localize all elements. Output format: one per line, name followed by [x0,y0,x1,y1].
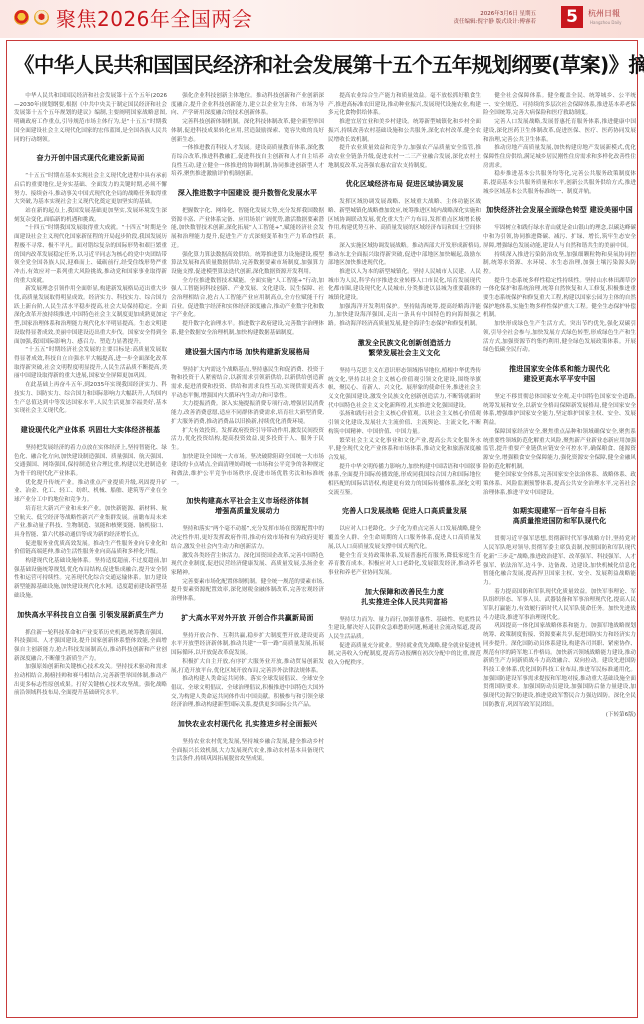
section-heading: 深入推进数字中国建设 提升数智化发展水平 [171,188,324,198]
body-paragraph: 以应对人口老龄化、少子化为重点完善人口发展战略,健全覆盖全人群、全生命周期的人口… [328,525,481,551]
section-heading-main: 激发全民族文化创新创造活力 [358,339,452,347]
body-paragraph: 优化提升传统产业。推动重点产业提质升级,巩固提升矿业、冶金、化工、轻工、纺织、机… [14,479,167,505]
section-heading: 激发全民族文化创新创造活力繁荣发展社会主义文化 [328,338,481,358]
body-paragraph: 健全生育支持政策体系,发展普惠托育服务,降低家庭生育养育教育成本。积极应对人口老… [328,552,481,578]
body-paragraph: 坚定不移贯彻总体国家安全观,走中国特色国家安全道路,统筹发展和安全,以新安全格局… [483,393,636,428]
body-paragraph: 促进服务业优质高效发展。推动生产性服务业向专业化和价值链高端延伸,推动生活性服务… [14,540,167,557]
body-paragraph: 抓住新一轮科技革命和产业变革历史机遇,统筹教育强国、科技强国、人才强国建设,提升… [14,629,167,664]
body-paragraph: 推动房地产高质量发展,加快构建房地产发展新模式,优化保障性住房供给,满足城乡居民… [483,144,636,170]
body-paragraph: 提升生态系统多样性稳定性持续性。坚持山水林田湖草沙一体化保护和系统治理,统筹自然… [483,277,636,321]
page-number-badge: 5 [561,6,583,28]
national-emblem-icon [14,10,29,25]
body-paragraph: 弘扬和践行社会主义核心价值观。以社会主义核心价值观引领文化建设,发展壮大主流价值… [328,410,481,436]
page-meta: 2026年3月6日 星期五 责任编辑:倪宇静 版式设计:傅睿若 [454,10,536,26]
body-paragraph: 强化企业科技创新主体地位。推动科技创新和产业创新深度融合,提升企业科技创新能力,… [171,92,324,118]
section-heading: 加快构建高水平社会主义市场经济体制增强高质量发展动力 [171,496,324,516]
body-paragraph: 完善科技创新体制机制。深化科技体制改革,健全新型举国体制,促进科技成果转化应用,… [171,118,324,144]
body-paragraph: 中华人民共和国国民经济和社会发展第十五个五年(2026—2030年)规划纲要,根… [14,92,167,144]
section-heading-sub: 高质量推进国防和军队现代化 [483,516,636,526]
section-heading-main: 加快构建高水平社会主义市场经济体制 [186,497,308,505]
section-heading-main: 加快农业农村现代化 扎实推进乡村全面振兴 [178,720,317,728]
body-paragraph: 强化算力算法数据高效供给。统筹推进算力设施建设,模型算法发展和高质量数据供给,完… [171,251,324,277]
body-paragraph: 坚持尽力而为、量力而行,加强普惠性、基础性、兜底性民生建设,解决好人民群众急难愁… [328,616,481,642]
body-paragraph: 健全国家安全体系,完善国家安全法治体系、战略体系、政策体系、风险监测预警体系,提… [483,471,636,497]
body-paragraph: 繁荣社会主义文化事业和文化产业,提高公共文化服务水平,健全现代文化产业体系和市场… [328,437,481,463]
body-paragraph: 新发展理念引领作用全面彰显,构建新发展格局迈出重大步伐,高质量发展取得明显成效。… [14,285,167,346]
body-paragraph: 把握数字化、网络化、智能化发展大势,充分发挥我国数据资源丰富、产业体系完备、应用… [171,207,324,251]
body-paragraph: 激发各类经营主体活力。深化国资国企改革,完善中国特色现代企业制度,促进民营经济健… [171,552,324,578]
section-heading: 优化区域经济布局 促进区域协调发展 [328,179,481,189]
section-heading-main: 奋力开创中国式现代化建设新局面 [37,154,145,162]
newspaper-logo: 杭州日報 [588,8,620,19]
body-paragraph: 坚持把发展经济的着力点放在实体经济上,坚持智能化、绿色化、融合化方向,加快建设制… [14,444,167,479]
section-heading-main: 扩大高水平对外开放 开创合作共赢新局面 [181,614,313,622]
body-paragraph: 坚持和落实“两个毫不动摇”,充分发挥市场在资源配置中的决定性作用,更好发挥政府作… [171,525,324,551]
section-heading-main: 推进国家安全体系和能力现代化 [509,365,610,373]
body-paragraph: 在此基础上再奋斗五年,到2035年实现我国经济实力、科技实力、国防实力、综合国力… [14,381,167,416]
body-paragraph: 提升中华文明传播力影响力,加快构建中国话语和中国叙事体系,全面提升国际传播效能,… [328,463,481,498]
body-paragraph: 提升农业质量效益和竞争力,加强农产品质量安全监管,推动农业全链条升级,促进农村一… [328,144,481,170]
body-paragraph: 大力提振消费。深入实施提振消费专项行动,增强居民消费能力,改善消费意愿,适应不同… [171,400,324,426]
section-title: 聚焦2026年全国两会 [56,8,252,30]
body-paragraph: 一体推进教育科技人才发展。建设高质量教育体系,深化教育综合改革,推进科教融汇,促… [171,144,324,179]
cppcc-emblem-icon [34,10,49,25]
section-heading-sub: 建设更高水平平安中国 [483,374,636,384]
body-paragraph: 加强原始创新和关键核心技术攻关。坚持技术驱动和需求拉动相结合,揭榜挂帅和赛马相结… [14,663,167,698]
continued-on-page-link[interactable]: (下转第6版) [483,711,636,720]
body-paragraph: 加强海洋开发利用保护。坚持陆海统筹,提高经略海洋能力,加快建设海洋强国,走出一条… [328,303,481,329]
body-paragraph: 加快形成绿色生产生活方式。突出节约优先,强化双碳引领,引导全社会参与,加快发展方… [483,320,636,355]
body-paragraph: “十五五”时期经济社会发展的主要目标是:高质量发展取得显著成效,科技自立自强水平… [14,346,167,381]
body-paragraph: 推动构建人类命运共同体。落实全球发展倡议、全球安全倡议、全球文明倡议、全球治理倡… [171,675,324,710]
section-heading-main: 完善人口发展战略 促进人口高质量发展 [342,507,467,515]
body-paragraph: 牢固树立和践行绿水青山就是金山银山的理念,以碳达峰碳中和为引领,协同推进降碳、减… [483,224,636,250]
article-headline: 《中华人民共和国国民经济和社会发展第十五个五年规划纲要(草案)》摘要 [14,52,630,78]
section-heading: 推进国家安全体系和能力现代化建设更高水平平安中国 [483,364,636,384]
body-paragraph: 构建现代化基础设施体系。坚持适度超前,不过度超前,加强基础设施统筹规划,优化布局… [14,557,167,601]
body-paragraph: 加快建设全国统一大市场。坚决破除阻碍全国统一大市场建设的卡点堵点,全面清理妨碍统… [171,453,324,488]
body-paragraph: 扩大有效投资。发挥政府投资引导带动作用,激发民间投资活力,优化投资结构,提高投资… [171,427,324,453]
masthead: 聚焦2026年全国两会 2026年3月6日 星期五 责任编辑:倪宇静 版式设计:… [0,0,644,38]
body-paragraph: “十四五”时期我国发展取得重大成就。“十四五”时期是全面建设社会主义现代化国家新… [14,224,167,285]
section-heading-sub: 增强高质量发展动力 [171,506,324,516]
body-paragraph: 坚持开放合作、互利共赢,稳步扩大制度型开放,建设更高水平开放型经济新体制,推动共… [171,632,324,658]
article-column-3: 提高农业综合生产能力和质量效益。毫不放松抓好粮食生产,推进高标准农田建设,推动种… [328,92,481,668]
body-paragraph: 积极扩大自主开放,有序扩大服务业开放,推动贸易创新发展,打造开放平台,优化区域开… [171,658,324,675]
article-column-1: 中华人民共和国国民经济和社会发展第十五个五年(2026—2030年)规划纲要,根… [14,92,167,698]
body-paragraph: “十五五”时期在基本实现社会主义现代化进程中具有承前启后的重要地位,是夯实基础、… [14,172,167,207]
body-paragraph: 促进高质量充分就业。坚持就业优先战略,健全就业促进机制,完善收入分配制度,提高劳… [328,642,481,668]
section-heading-main: 建设强大国内市场 加快构建新发展格局 [185,348,310,356]
body-paragraph: 巩固提高一体化国家战略体系和能力。加强军地战略规划统筹、政策制度衔接、资源要素共… [483,622,636,709]
section-heading-main: 加大保障和改善民生力度 [365,588,444,596]
newspaper-logo-en: Hangzhou Daily [590,20,622,25]
body-paragraph: 贯彻习近平强军思想,贯彻新时代军事战略方针,坚持党对人民军队绝对领导,贯彻军委主… [483,535,636,587]
body-paragraph: 发挥区域协调发展战略、区域重大战略、主体功能区战略、新型城镇化战略叠加效应,统筹… [328,198,481,242]
section-heading: 建设强大国内市场 加快构建新发展格局 [171,347,324,357]
section-heading-main: 加快经济社会发展全面绿色转型 建设美丽中国 [486,206,633,214]
body-paragraph: 坚持扩大内需这个战略基点,坚持惠民生和促消费、投资于物和投资于人紧密结合,以新需… [171,366,324,401]
section-heading-sub: 扎实推进全体人民共同富裕 [328,597,481,607]
body-paragraph: 站在新的起点上,我国发展基础更加坚实,发展环境发生深刻复杂变化,面临新的机遇和挑… [14,207,167,224]
section-heading: 扩大高水平对外开放 开创合作共赢新局面 [171,613,324,623]
body-paragraph: 完善人口发展战略,发展普惠托育服务体系,推进健康中国建设,深化医药卫生体制改革,… [483,118,636,144]
article-column-2: 强化企业科技创新主体地位。推动科技创新和产业创新深度融合,提升企业科技创新能力,… [171,92,324,764]
body-paragraph: 健全社会保障体系。健全覆盖全民、统筹城乡、公平统一、安全规范、可持续的多层次社会… [483,92,636,118]
body-paragraph: 提升数字化治理水平。推进数字政府建设,完善数字治理体系,健全数据安全治理机制,加… [171,320,324,337]
body-paragraph: 着力提高国防和军队现代化质量效益。加快军事理论、军队组织形态、军事人员、武器装备… [483,588,636,623]
body-paragraph: 保障国家经济安全,聚焦重点品种和领域确保安全,聚焦系统重要性领域防范化解重大风险… [483,428,636,472]
section-heading: 奋力开创中国式现代化建设新局面 [14,153,167,163]
body-paragraph: 深入实施区域协调发展战略。推动西部大开发形成新格局,推动东北全面振兴取得新突破,… [328,242,481,268]
section-heading-main: 深入推进数字中国建设 提升数智化发展水平 [178,189,317,197]
body-paragraph: 提高农业综合生产能力和质量效益。毫不放松抓好粮食生产,推进高标准农田建设,推动种… [328,92,481,118]
section-heading: 完善人口发展战略 促进人口高质量发展 [328,506,481,516]
body-paragraph: 坚持农业农村优先发展,坚持城乡融合发展,健全推动乡村全面振兴长效机制,大力发展现… [171,738,324,764]
article-column-4: 健全社会保障体系。健全覆盖全民、统筹城乡、公平统一、安全规范、可持续的多层次社会… [483,92,636,720]
body-paragraph: 全方位推进数智技术赋能。全面实施“人工智能+”行动,加强人工智能同科技创新、产业… [171,277,324,321]
body-paragraph: 完善要素市场化配置体制机制。健全统一规范的要素市场,提升要素资源配置效率,深化财… [171,578,324,604]
section-heading-main: 建设现代化产业体系 巩固壮大实体经济根基 [21,426,160,434]
body-paragraph: 推进宜居宜业和美乡村建设。统筹新型城镇化和乡村全面振兴,持续改善农村基础设施和公… [328,118,481,144]
body-paragraph: 稳步推进基本公共服务均等化,完善公共服务政策制度体系,提高基本公共服务质量和水平… [483,170,636,196]
section-heading: 加大保障和改善民生力度扎实推进全体人民共同富裕 [328,587,481,607]
section-heading-sub: 繁荣发展社会主义文化 [328,348,481,358]
editors-line: 责任编辑:倪宇静 版式设计:傅睿若 [454,18,536,26]
body-paragraph: 坚持马克思主义在意识形态领域指导地位,植根中华优秀传统文化,坚持以社会主义核心价… [328,367,481,411]
body-paragraph: 推进以人为本的新型城镇化。坚持人民城市人民建、人民城市为人民,科学有序推进农业转… [328,268,481,303]
section-heading-main: 加快高水平科技自立自强 引领发展新质生产力 [17,611,164,619]
body-paragraph: 培育壮大新兴产业和未来产业。加快新能源、新材料、航空航天、低空经济等战略性新兴产… [14,505,167,540]
section-heading: 建设现代化产业体系 巩固壮大实体经济根基 [14,425,167,435]
section-heading-main: 优化区域经济布局 促进区域协调发展 [346,180,464,188]
body-paragraph: 持续深入推进污染防治攻坚,加强细颗粒物和臭氧协同控制,统筹水资源、水环境、水生态… [483,251,636,277]
section-heading: 如期实现建军一百年奋斗目标高质量推进国防和军队现代化 [483,506,636,526]
section-heading: 加快高水平科技自立自强 引领发展新质生产力 [14,610,167,620]
section-heading: 加快农业农村现代化 扎实推进乡村全面振兴 [171,719,324,729]
section-heading-main: 如期实现建军一百年奋斗目标 [513,507,607,515]
date-line: 2026年3月6日 星期五 [454,10,536,18]
section-heading: 加快经济社会发展全面绿色转型 建设美丽中国 [483,205,636,215]
